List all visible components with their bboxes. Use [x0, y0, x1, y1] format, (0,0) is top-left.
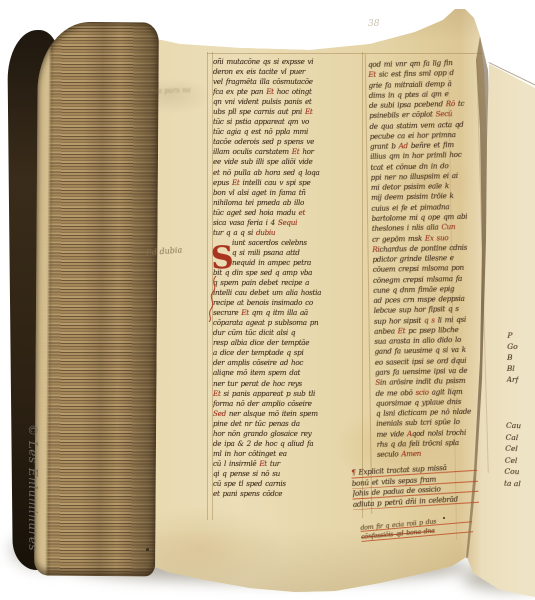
explicit-colophon-block: ¶ Explicit tractat sup missābonū et vtil… [351, 461, 481, 510]
copyright-watermark: © Les Enluminures [26, 424, 40, 551]
manuscript-text-line: Cal [505, 431, 522, 443]
manuscript-text-line: cōparata ageat p sublsoma pn [213, 318, 363, 328]
facing-page-fragments-lower: CauCalCelCelCouta al [504, 420, 523, 490]
manuscript-text-line: tūc si pstia appareat qm vo [213, 117, 363, 127]
text-column-right: qod mi vnr qm fa lig finEt sic est fins … [368, 57, 490, 460]
manuscript-text-line: a dice der temptade q spi [213, 348, 363, 358]
manuscript-text-line: Cou [504, 466, 521, 478]
wormhole-dot [443, 517, 445, 519]
facing-page-fragments-upper: PGoBBlArf [507, 330, 520, 385]
manuscript-text-line: hor nōn grando glosaice rey [213, 429, 363, 439]
manuscript-text-line: Cau [506, 420, 523, 432]
manuscript-text-line: Et si panis appareat p sub tli [213, 389, 363, 399]
manuscript-text-line: recipe at benois insimado co [213, 298, 363, 308]
manuscript-text-line: der amplis cōseire ad hoc [213, 358, 363, 368]
manuscript-text-line: tacōe oderois sed p spens ve [213, 137, 363, 147]
manuscript-text-line: et nō pulla ab hora sed q loqa [213, 168, 363, 178]
manuscript-text-line: ta al [504, 477, 521, 489]
manuscript-text-line: tūc aget sed hoia madu et [213, 208, 363, 218]
folio-number: 38 [368, 19, 379, 29]
manuscript-text-line: vel fragmēta illa cōsmutacōe [213, 77, 363, 87]
manuscript-text-line: ner tur perat de hoc reys [213, 379, 363, 389]
manuscript-text-line: iunt sacerdos celebns [213, 238, 363, 248]
manuscript-text-line: tur q a q si dubiu [213, 228, 363, 238]
manuscript-text-line: Sed ner alsque mō itein spem [213, 409, 363, 419]
manuscript-text-line: B [507, 352, 519, 363]
manuscript-text-line: q spem pain debet recipe a [213, 278, 363, 288]
ruling-line-horizontal [207, 53, 483, 54]
manuscript-text-line: q si mili psana attd [213, 248, 363, 258]
manuscript-text-line: ubs pll spe carnis aut pni Et [213, 107, 363, 117]
manuscript-text-line: oñi mutacōne qs si expsse vi [213, 57, 363, 67]
illuminated-initial-s: S [210, 239, 234, 276]
manuscript-text-line: tūc agia q est nō ppla mmi [213, 127, 363, 137]
fore-edge-page-block [34, 22, 159, 577]
manuscript-text-line: ee vide sub illi spe aliōi vide [213, 157, 363, 167]
manuscript-text-line: sica vasa feria i 4 Sequi [213, 218, 363, 228]
manuscript-text-line: pine det nr tūc penas da [213, 419, 363, 429]
pen-flourish-icon [206, 276, 222, 322]
manuscript-text-line: qi q pense si nō su [213, 469, 363, 479]
manuscript-text-line: forma nō der amplio cōseire [213, 399, 363, 409]
manuscript-text-line: aliqne mō item spem dat [213, 368, 363, 378]
manuscript-text-line: P [507, 330, 519, 341]
manuscript-text-line: qn vni vident pulsis panis et [213, 97, 363, 107]
manuscript-text-line: cū l insirmlē Et tur [213, 459, 363, 469]
manuscript-text-line: Go [507, 341, 519, 352]
manuscript-text-line: et pani spens cōdce [213, 489, 363, 499]
manuscript-text-line: epus Et intelli cau v spi spe [213, 178, 363, 188]
manuscript-text-line: bit q din spe sed q amp vba [213, 268, 363, 278]
manuscript-text-line: secrare Et qm q itm illa aā [213, 308, 363, 318]
manuscript-text-line: Cel [505, 443, 522, 455]
manuscript-text-line: nihiloma tei pmeda ab illo [213, 198, 363, 208]
manuscript-text-line: nequid in ampec petra [213, 258, 363, 268]
manuscript-text-line: fca ex pte pan Et hoc otingt [213, 87, 363, 97]
manuscript-text-line: Cel [505, 454, 522, 466]
manuscript-text-line: bon vl alsi aget in fama tñ [213, 188, 363, 198]
manuscript-text-line: ml in hor cōtinget ea [213, 449, 363, 459]
manuscript-text-line: Arf [507, 374, 519, 385]
text-column-left: oñi mutacōne qs si expsse videron ex eis… [213, 57, 363, 499]
manuscript-text-line: cū spe tl sped carnis [213, 479, 363, 489]
manuscript-photo: 38 sta fua pars na Ed dubia oñi mutacōne… [0, 0, 535, 600]
manuscript-text-line: deron ex eis tacite vl puer [213, 67, 363, 77]
manuscript-text-line: illam oculis carstatem Et hor [213, 147, 363, 157]
manuscript-text-line: de ipa & 2 de hoc q aliud fa [213, 439, 363, 449]
manuscript-text-line: resp albia dice der temptāe [213, 338, 363, 348]
manuscript-text-line: Bl [507, 363, 519, 374]
wormhole-dot [146, 548, 149, 551]
manuscript-text-line: dur cūm tūc dicit alsi q [213, 328, 363, 338]
manuscript-text-line: intelli cau debet um alia hostia [213, 288, 363, 298]
